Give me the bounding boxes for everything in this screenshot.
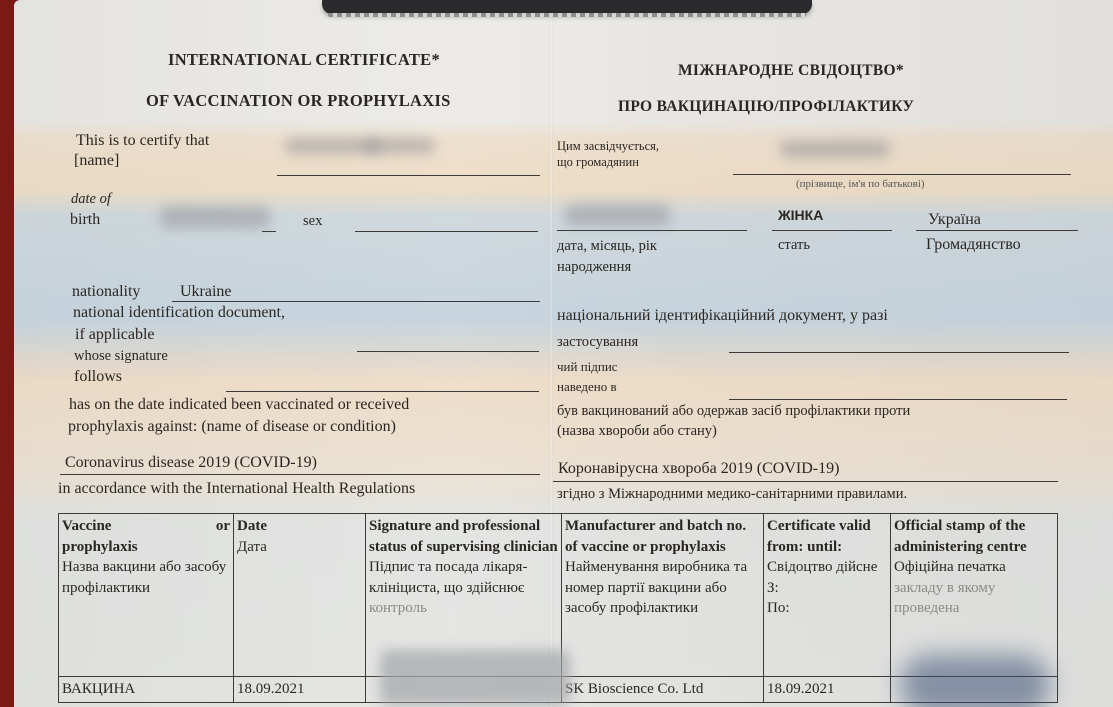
header-stamp-uk: Офіційна печатка xyxy=(894,557,1054,578)
title-en-line1: INTERNATIONAL CERTIFICATE* xyxy=(168,50,440,70)
header-clinician-uk: Підпис та посада лікаря-клініциста, що з… xyxy=(369,557,558,598)
signature-label-en-line1: whose signature xyxy=(74,348,168,365)
regulations-uk: згідно з Міжнародними медико-санітарними… xyxy=(557,486,907,503)
title-uk-line1: МІЖНАРОДНЕ СВІДОЦТВО* xyxy=(678,62,904,80)
dob-label-en-line2: birth xyxy=(70,211,100,229)
citizenship-label-uk: Громадянство xyxy=(926,236,1021,254)
vaccinated-label-en-line2: prophylaxis against: (name of disease or… xyxy=(68,418,396,436)
header-validity-en: Certificate valid from: until: xyxy=(767,516,887,557)
vaccinated-label-uk-line2: (назва хвороби або стану) xyxy=(557,423,717,440)
header-validity: Certificate valid from: until: Свідоцтво… xyxy=(764,514,891,677)
header-manufacturer-en: Manufacturer and batch no. of vaccine or… xyxy=(565,516,760,557)
id-doc-field-line xyxy=(357,351,539,352)
signature-label-uk-line2: наведено в xyxy=(557,379,617,395)
disease-uk: Коронавірусна хвороба 2019 (COVID-19) xyxy=(558,460,839,478)
title-uk-line2: ПРО ВАКЦИНАЦІЮ/ПРОФІЛАКТИКУ xyxy=(618,98,914,116)
name-field-line xyxy=(277,175,540,176)
dob-label-uk-line2: народження xyxy=(557,259,631,276)
disease-field-line-uk xyxy=(553,481,1058,482)
cell-date: 18.09.2021 xyxy=(234,677,366,703)
sex-field-line-uk xyxy=(772,230,892,231)
nationality-label-en: nationality xyxy=(72,283,140,301)
citizenship-field-line-uk xyxy=(916,230,1078,231)
redacted-name xyxy=(365,138,435,154)
header-date: Date Дата xyxy=(234,514,366,677)
name-label-en: [name] xyxy=(74,152,119,170)
certify-label-uk-line1: Цим засвідчується, xyxy=(557,139,659,154)
vaccinated-label-en-line1: has on the date indicated been vaccinate… xyxy=(69,396,409,414)
header-validity-until-uk: По: xyxy=(767,598,887,619)
nationality-field-line xyxy=(172,301,540,302)
sex-label-en: sex xyxy=(303,213,322,230)
redacted-signature xyxy=(380,650,570,705)
citizenship-value-uk: Україна xyxy=(928,211,981,229)
header-date-en: Date xyxy=(237,516,362,537)
dob-field-line xyxy=(262,231,276,232)
header-vaccine-en-or: or xyxy=(216,516,230,537)
redacted-dob xyxy=(160,206,270,228)
cell-vaccine: ВАКЦИНА xyxy=(59,677,234,703)
sex-field-line xyxy=(355,231,538,232)
vaccinated-label-uk-line1: був вакцинований або одержав засіб профі… xyxy=(557,403,910,420)
header-vaccine: Vaccineor prophylaxis Назва вакцини або … xyxy=(59,514,234,677)
regulations-en: in accordance with the International Hea… xyxy=(58,480,415,498)
finger-shadow xyxy=(900,655,1050,707)
certify-label-uk-line2: що громадянин xyxy=(557,155,639,170)
id-doc-label-en-line2: if applicable xyxy=(75,326,155,344)
header-validity-from-uk: З: xyxy=(767,578,887,599)
header-vaccine-en: Vaccine xyxy=(62,516,111,537)
signature-field-line xyxy=(226,391,539,392)
cell-valid-from: 18.09.2021 xyxy=(764,677,891,703)
redacted-dob-uk xyxy=(565,204,670,226)
dob-label-uk-line1: дата, місяць, рік xyxy=(557,238,657,255)
nationality-value-en: Ukraine xyxy=(180,283,232,301)
signature-label-en-line2: follows xyxy=(74,368,122,386)
header-validity-uk: Свідоцтво дійсне xyxy=(767,557,887,578)
id-doc-label-en-line1: national identification document, xyxy=(73,304,285,322)
disease-field-line xyxy=(60,474,540,475)
binder-clip xyxy=(322,0,812,14)
id-doc-label-uk-line2: застосування xyxy=(557,334,638,351)
header-manufacturer-uk: Найменування виробника та номер партії в… xyxy=(565,557,760,619)
redacted-name-uk xyxy=(780,140,890,158)
dob-label-en-line1: date of xyxy=(71,191,111,208)
id-doc-field-line-uk xyxy=(729,352,1069,353)
header-vaccine-uk: Назва вакцини або засобу профілактики xyxy=(62,557,230,598)
header-stamp-uk-faded: закладу в якому проведена xyxy=(894,578,1054,619)
dob-field-line-uk xyxy=(557,230,747,231)
disease-en: Coronavirus disease 2019 (COVID-19) xyxy=(65,454,317,472)
name-field-line-uk xyxy=(733,174,1071,175)
signature-label-uk-line1: чий підпис xyxy=(557,359,618,375)
header-stamp: Official stamp of the administering cent… xyxy=(891,514,1058,677)
header-manufacturer: Manufacturer and batch no. of vaccine or… xyxy=(562,514,764,677)
id-doc-label-uk-line1: національний ідентифікаційний документ, … xyxy=(557,307,888,325)
certify-label-en: This is to certify that xyxy=(76,132,209,150)
header-clinician-uk-faded: контроль xyxy=(369,598,558,619)
name-hint-uk: (прізвище, ім'я по батькові) xyxy=(796,178,925,190)
sex-value-uk: ЖІНКА xyxy=(778,207,823,223)
cell-manufacturer: SK Bioscience Co. Ltd xyxy=(562,677,764,703)
header-clinician-en: Signature and professional status of sup… xyxy=(369,516,558,557)
signature-field-line-uk xyxy=(729,399,1067,400)
sex-label-uk: стать xyxy=(778,237,810,254)
title-en-line2: OF VACCINATION OR PROPHYLAXIS xyxy=(146,91,451,111)
header-stamp-en: Official stamp of the administering cent… xyxy=(894,516,1054,557)
header-date-uk: Дата xyxy=(237,537,362,558)
header-vaccine-en-2: prophylaxis xyxy=(62,537,230,558)
